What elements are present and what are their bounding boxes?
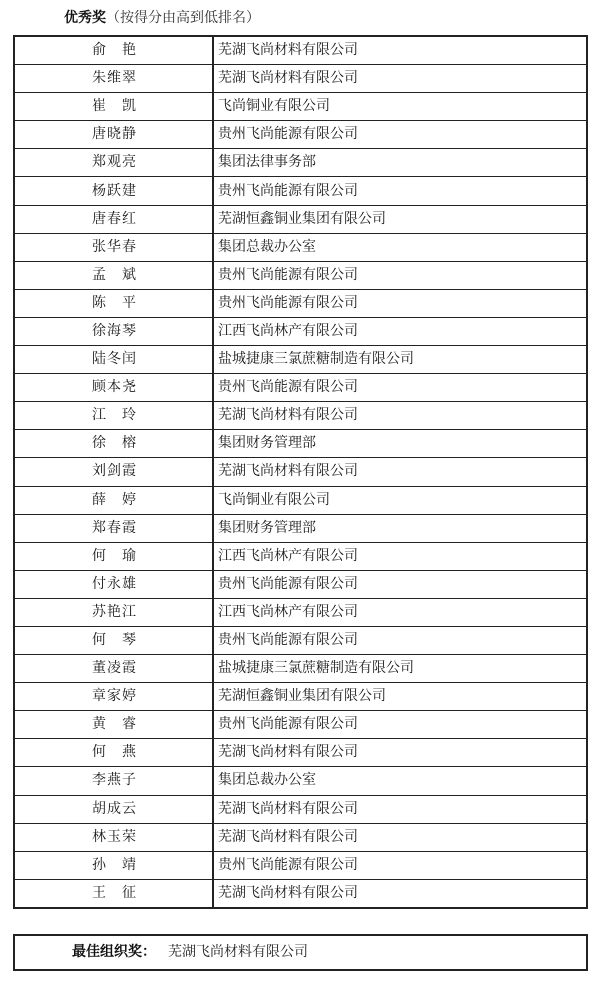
awardee-name: 薛 婷 [14,486,213,514]
awardee-name: 孙 靖 [14,851,213,879]
awardee-organization: 芜湖飞尚材料有限公司 [213,402,587,430]
awardee-name: 李燕子 [14,767,213,795]
table-row: 唐晓静贵州飞尚能源有限公司 [14,121,587,149]
awardee-organization: 贵州飞尚能源有限公司 [213,851,587,879]
table-row: 林玉荣芜湖飞尚材料有限公司 [14,823,587,851]
awardee-organization: 芜湖飞尚材料有限公司 [213,458,587,486]
awardee-name: 郑春霞 [14,514,213,542]
awardee-organization: 芜湖恒鑫铜业集团有限公司 [213,683,587,711]
awardee-name: 苏艳江 [14,598,213,626]
table-row: 崔 凯飞尚铜业有限公司 [14,93,587,121]
table-row: 朱维翠芜湖飞尚材料有限公司 [14,65,587,93]
awardee-organization: 贵州飞尚能源有限公司 [213,289,587,317]
awardee-name: 徐 榕 [14,430,213,458]
awardee-organization: 芜湖飞尚材料有限公司 [213,879,587,908]
awardee-organization: 集团总裁办公室 [213,767,587,795]
awardee-organization: 芜湖飞尚材料有限公司 [213,795,587,823]
table-row: 顾本尧贵州飞尚能源有限公司 [14,374,587,402]
awardee-organization: 芜湖飞尚材料有限公司 [213,36,587,65]
award-table-body: 俞 艳芜湖飞尚材料有限公司朱维翠芜湖飞尚材料有限公司崔 凯飞尚铜业有限公司唐晓静… [14,36,587,908]
awardee-name: 孟 斌 [14,261,213,289]
table-row: 黄 睿贵州飞尚能源有限公司 [14,711,587,739]
awardee-name: 刘剑霞 [14,458,213,486]
awardee-organization: 盐城捷康三氯蔗糖制造有限公司 [213,346,587,374]
awardee-name: 郑观亮 [14,149,213,177]
table-row: 郑春霞集团财务管理部 [14,514,587,542]
table-row: 陆冬闰盐城捷康三氯蔗糖制造有限公司 [14,346,587,374]
awardee-organization: 集团财务管理部 [213,430,587,458]
awardee-organization: 集团财务管理部 [213,514,587,542]
excellence-award-table: 俞 艳芜湖飞尚材料有限公司朱维翠芜湖飞尚材料有限公司崔 凯飞尚铜业有限公司唐晓静… [13,35,588,909]
table-row: 薛 婷飞尚铜业有限公司 [14,486,587,514]
awardee-name: 林玉荣 [14,823,213,851]
awardee-name: 付永雄 [14,570,213,598]
table-row: 苏艳江江西飞尚林产有限公司 [14,598,587,626]
awardee-organization: 贵州飞尚能源有限公司 [213,374,587,402]
table-row: 胡成云芜湖飞尚材料有限公司 [14,795,587,823]
awardee-organization: 集团总裁办公室 [213,233,587,261]
awardee-organization: 集团法律事务部 [213,149,587,177]
awardee-organization: 江西飞尚林产有限公司 [213,542,587,570]
ranking-note: （按得分由高到低排名） [106,10,260,26]
awardee-organization: 飞尚铜业有限公司 [213,93,587,121]
table-row: 何 燕芜湖飞尚材料有限公司 [14,739,587,767]
awardee-organization: 贵州飞尚能源有限公司 [213,261,587,289]
awardee-organization: 贵州飞尚能源有限公司 [213,711,587,739]
table-row: 刘剑霞芜湖飞尚材料有限公司 [14,458,587,486]
awardee-name: 胡成云 [14,795,213,823]
table-row: 郑观亮集团法律事务部 [14,149,587,177]
awardee-name: 顾本尧 [14,374,213,402]
table-row: 王 征芜湖飞尚材料有限公司 [14,879,587,908]
award-title: 优秀奖 [64,10,106,26]
table-row: 付永雄贵州飞尚能源有限公司 [14,570,587,598]
awardee-organization: 贵州飞尚能源有限公司 [213,121,587,149]
awardee-name: 董凌霞 [14,655,213,683]
awardee-organization: 江西飞尚林产有限公司 [213,317,587,345]
awardee-name: 陆冬闰 [14,346,213,374]
awardee-name: 黄 睿 [14,711,213,739]
table-row: 何 琴贵州飞尚能源有限公司 [14,626,587,654]
awardee-name: 何 琴 [14,626,213,654]
best-organization-award-box: 最佳组织奖： 芜湖飞尚材料有限公司 [13,934,588,971]
awardee-organization: 芜湖飞尚材料有限公司 [213,823,587,851]
table-row: 孙 靖贵州飞尚能源有限公司 [14,851,587,879]
awardee-name: 江 玲 [14,402,213,430]
table-row: 陈 平贵州飞尚能源有限公司 [14,289,587,317]
awardee-name: 何 瑜 [14,542,213,570]
table-row: 何 瑜江西飞尚林产有限公司 [14,542,587,570]
awardee-organization: 飞尚铜业有限公司 [213,486,587,514]
table-row: 李燕子集团总裁办公室 [14,767,587,795]
awardee-name: 张华春 [14,233,213,261]
table-row: 章家婷芜湖恒鑫铜业集团有限公司 [14,683,587,711]
awardee-organization: 盐城捷康三氯蔗糖制造有限公司 [213,655,587,683]
table-row: 孟 斌贵州飞尚能源有限公司 [14,261,587,289]
awardee-name: 章家婷 [14,683,213,711]
best-organization-value: 芜湖飞尚材料有限公司 [168,936,308,969]
awardee-name: 朱维翠 [14,65,213,93]
awardee-organization: 芜湖恒鑫铜业集团有限公司 [213,205,587,233]
table-row: 张华春集团总裁办公室 [14,233,587,261]
table-row: 徐海琴江西飞尚林产有限公司 [14,317,587,345]
awardee-name: 唐春红 [14,205,213,233]
awardee-name: 杨跃建 [14,177,213,205]
awardee-name: 俞 艳 [14,36,213,65]
table-row: 俞 艳芜湖飞尚材料有限公司 [14,36,587,65]
awardee-organization: 贵州飞尚能源有限公司 [213,626,587,654]
awardee-name: 陈 平 [14,289,213,317]
table-row: 唐春红芜湖恒鑫铜业集团有限公司 [14,205,587,233]
best-organization-label: 最佳组织奖： [72,936,156,969]
awardee-organization: 贵州飞尚能源有限公司 [213,570,587,598]
section-title: 优秀奖（按得分由高到低排名） [64,8,260,28]
table-row: 杨跃建贵州飞尚能源有限公司 [14,177,587,205]
awardee-name: 王 征 [14,879,213,908]
table-row: 徐 榕集团财务管理部 [14,430,587,458]
awardee-organization: 江西飞尚林产有限公司 [213,598,587,626]
table-row: 董凌霞盐城捷康三氯蔗糖制造有限公司 [14,655,587,683]
awardee-name: 徐海琴 [14,317,213,345]
awardee-organization: 贵州飞尚能源有限公司 [213,177,587,205]
awardee-organization: 芜湖飞尚材料有限公司 [213,739,587,767]
awardee-name: 唐晓静 [14,121,213,149]
table-row: 江 玲芜湖飞尚材料有限公司 [14,402,587,430]
awardee-name: 何 燕 [14,739,213,767]
awardee-name: 崔 凯 [14,93,213,121]
awardee-organization: 芜湖飞尚材料有限公司 [213,65,587,93]
